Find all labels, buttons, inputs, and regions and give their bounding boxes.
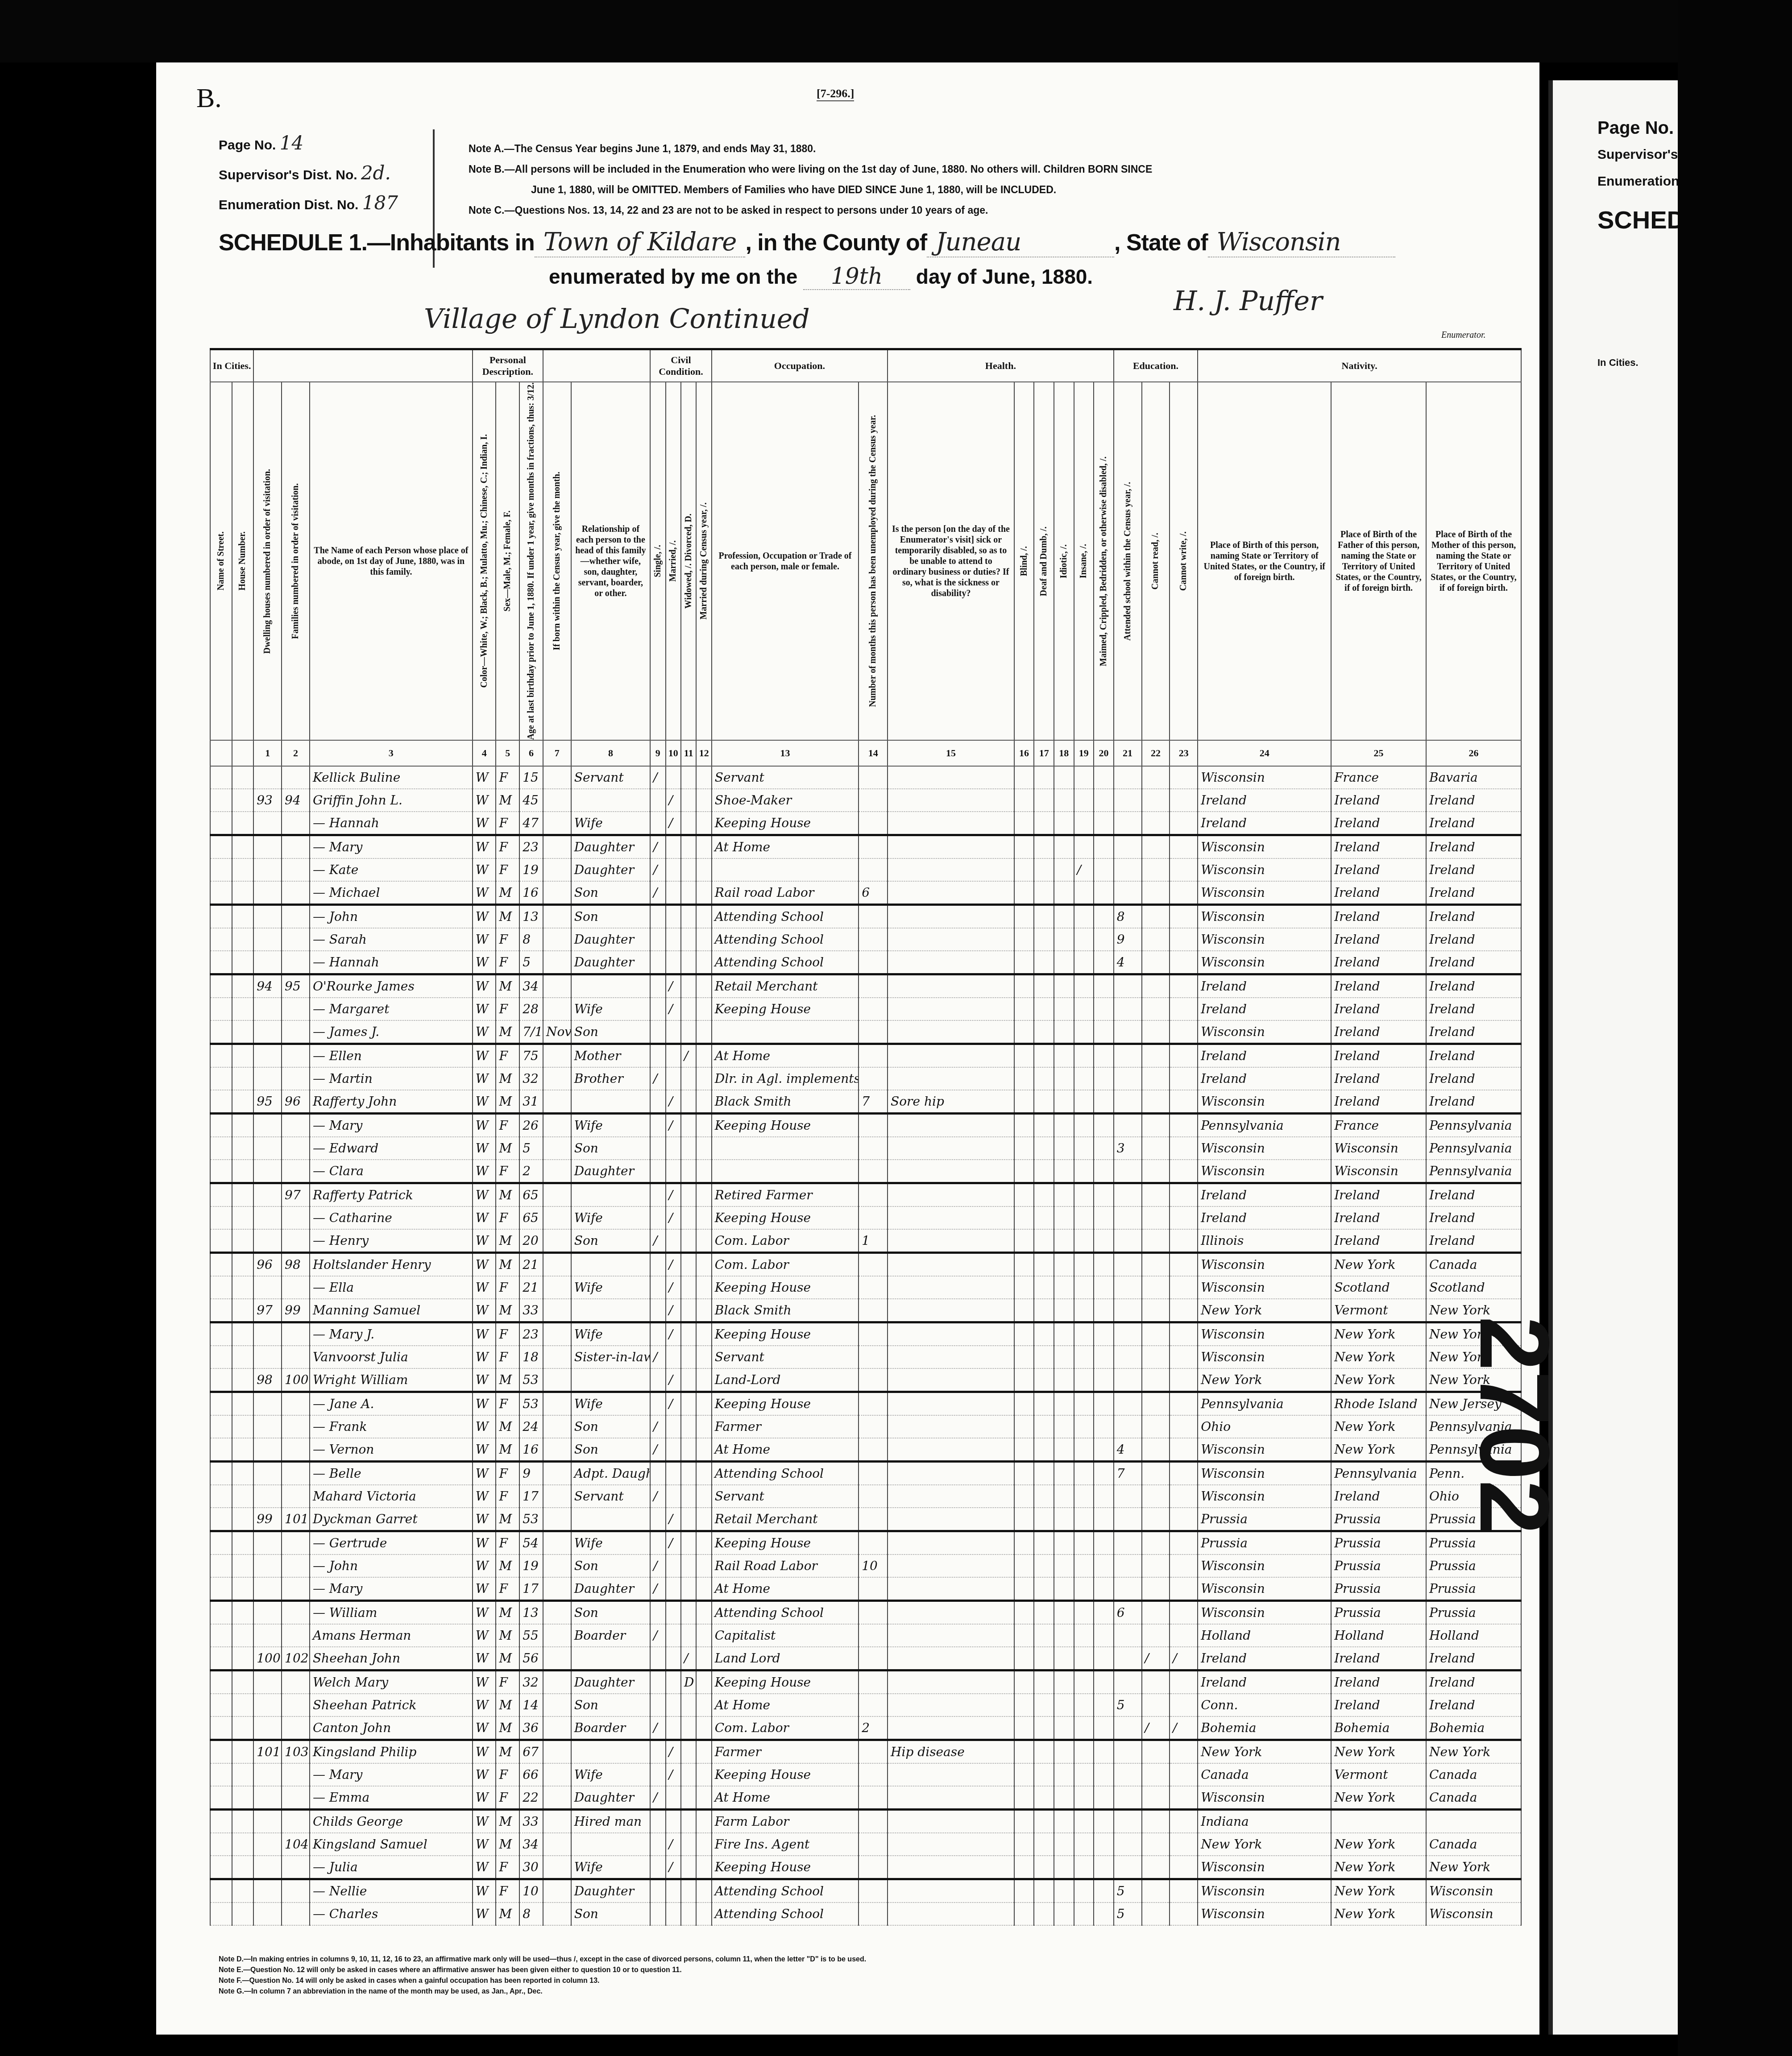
cell-age: 32	[519, 1670, 543, 1694]
column-number: 3	[310, 740, 473, 766]
table-row: — MaryWF23Daughter/At HomeWisconsinIrela…	[210, 835, 1521, 859]
cell-maimed	[1094, 1716, 1114, 1740]
cell-maimed	[1094, 1786, 1114, 1810]
cell-cant-read: /	[1142, 1647, 1170, 1670]
cell-mother: Ireland	[1426, 812, 1521, 835]
cell-widowed	[681, 1879, 696, 1903]
cell-deaf	[1034, 1786, 1054, 1810]
enum-day: 19th	[803, 263, 910, 290]
cell-age: 5	[519, 1137, 543, 1160]
cell-name: — Ella	[310, 1276, 473, 1299]
column-header-city-0: Name of Street.	[210, 382, 232, 740]
cell-married	[666, 1879, 681, 1903]
cell-birth: Wisconsin	[1198, 1554, 1331, 1577]
cell-age: 47	[519, 812, 543, 835]
cell-occupation: Land Lord	[712, 1647, 859, 1670]
cell-father: New York	[1331, 1740, 1426, 1764]
cell-blind	[1014, 1554, 1034, 1577]
cell-month	[543, 1763, 571, 1786]
cell-single: /	[650, 858, 665, 881]
cell-month	[543, 1044, 571, 1068]
cell-deaf	[1034, 1694, 1054, 1716]
column-header-label: Blind, /.	[1019, 546, 1029, 576]
table-row: 97Rafferty PatrickWM65/Retired FarmerIre…	[210, 1183, 1521, 1207]
cell-month	[543, 1368, 571, 1392]
cell-mother: Pennsylvania	[1426, 1114, 1521, 1137]
cell-idiotic	[1054, 1090, 1074, 1114]
cell-widowed	[681, 1903, 696, 1925]
cell-married-year	[696, 1879, 711, 1903]
cell-maimed	[1094, 1346, 1114, 1368]
cell-blind	[1014, 1601, 1034, 1625]
village-note: Village of Lyndon Continued	[424, 303, 810, 335]
cell-married	[666, 1438, 681, 1462]
cell-month	[543, 998, 571, 1020]
cell-month	[543, 1137, 571, 1160]
district-info: Page No. 14 Supervisor's Dist. No. 2d. E…	[219, 129, 398, 219]
cell-blind	[1014, 974, 1034, 998]
group-civil: Civil Condition.	[650, 349, 712, 382]
cell-unemployed	[859, 1114, 888, 1137]
cell-family	[282, 1114, 310, 1137]
cell-school	[1114, 1577, 1142, 1601]
column-header-label: Place of Birth of the Mother of this per…	[1427, 529, 1521, 593]
cell-cant-write	[1170, 1183, 1198, 1207]
cell-father: Pennsylvania	[1331, 1462, 1426, 1485]
cell-father: New York	[1331, 1438, 1426, 1462]
cell-married-year	[696, 1740, 711, 1764]
cell-sex: F	[496, 766, 519, 789]
cell-dwelling	[253, 1879, 282, 1903]
cell-birth: Illinois	[1198, 1229, 1331, 1253]
cell-maimed	[1094, 1647, 1114, 1670]
cell-empty	[210, 1229, 232, 1253]
cell-dwelling	[253, 1322, 282, 1346]
cell-color: W	[473, 1485, 496, 1508]
cell-cant-read	[1142, 881, 1170, 905]
cell-insane	[1074, 1160, 1094, 1183]
group-nativity: Nativity.	[1198, 349, 1521, 382]
cell-father: Rhode Island	[1331, 1392, 1426, 1416]
cell-idiotic	[1054, 1716, 1074, 1740]
cell-empty	[232, 1485, 254, 1508]
cell-cant-write	[1170, 789, 1198, 812]
cell-unemployed	[859, 1879, 888, 1903]
group-in-cities: In Cities.	[210, 349, 253, 382]
cell-relation: Wife	[571, 1114, 650, 1137]
cell-empty	[210, 766, 232, 789]
cell-occupation: Servant	[712, 1485, 859, 1508]
cell-birth: Wisconsin	[1198, 835, 1331, 859]
cell-occupation: Attending School	[712, 1462, 859, 1485]
cell-married	[666, 1577, 681, 1601]
cell-maimed	[1094, 1090, 1114, 1114]
cell-unemployed: 6	[859, 881, 888, 905]
cell-relation: Wife	[571, 1763, 650, 1786]
cell-deaf	[1034, 766, 1054, 789]
cell-married-year	[696, 1485, 711, 1508]
cell-married-year	[696, 1067, 711, 1090]
cell-unemployed	[859, 1462, 888, 1485]
column-header-26: Place of Birth of the Mother of this per…	[1426, 382, 1521, 740]
cell-widowed	[681, 1716, 696, 1740]
cell-unemployed	[859, 1253, 888, 1277]
cell-month	[543, 1253, 571, 1277]
cell-married-year	[696, 1276, 711, 1299]
cell-sickness	[888, 1647, 1014, 1670]
cell-sex: F	[496, 1276, 519, 1299]
cell-occupation: At Home	[712, 835, 859, 859]
cell-married-year	[696, 1508, 711, 1531]
cell-idiotic	[1054, 1067, 1074, 1090]
cell-name: — William	[310, 1601, 473, 1625]
column-header-13: Profession, Occupation or Trade of each …	[712, 382, 859, 740]
cell-name: — Nellie	[310, 1879, 473, 1903]
cell-age: 30	[519, 1856, 543, 1879]
cell-cant-read	[1142, 1438, 1170, 1462]
cell-occupation: Rail Road Labor	[712, 1554, 859, 1577]
cell-occupation: Farm Labor	[712, 1810, 859, 1833]
cell-dwelling	[253, 1763, 282, 1786]
cell-name: O'Rourke James	[310, 974, 473, 998]
cell-insane	[1074, 1137, 1094, 1160]
cell-insane	[1074, 789, 1094, 812]
cell-empty	[210, 1276, 232, 1299]
cell-single	[650, 998, 665, 1020]
cell-sickness	[888, 1229, 1014, 1253]
cell-birth: Wisconsin	[1198, 1577, 1331, 1601]
cell-married-year	[696, 928, 711, 951]
cell-empty	[210, 1253, 232, 1277]
cell-empty	[210, 789, 232, 812]
cell-single	[650, 1090, 665, 1114]
cell-maimed	[1094, 1601, 1114, 1625]
table-row: — MargaretWF28Wife/Keeping HouseIrelandI…	[210, 998, 1521, 1020]
cell-month	[543, 1786, 571, 1810]
cell-unemployed	[859, 1206, 888, 1229]
cell-birth: Wisconsin	[1198, 1462, 1331, 1485]
cell-empty	[210, 1856, 232, 1879]
cell-sickness	[888, 1044, 1014, 1068]
cell-married-year	[696, 1577, 711, 1601]
column-header-label: House Number.	[237, 531, 248, 591]
column-number: 18	[1054, 740, 1074, 766]
cell-sickness	[888, 905, 1014, 929]
cell-birth: Ireland	[1198, 1183, 1331, 1207]
cell-mother: Pennsylvania	[1426, 1160, 1521, 1183]
cell-dwelling	[253, 812, 282, 835]
cell-insane	[1074, 1114, 1094, 1137]
cell-married	[666, 1229, 681, 1253]
cell-color: W	[473, 1601, 496, 1625]
cell-mother: Ireland	[1426, 1694, 1521, 1716]
cell-name: Sheehan John	[310, 1647, 473, 1670]
cell-family	[282, 1044, 310, 1068]
cell-single: /	[650, 881, 665, 905]
cell-sickness	[888, 1462, 1014, 1485]
cell-occupation: Retail Merchant	[712, 1508, 859, 1531]
cell-sickness: Sore hip	[888, 1090, 1014, 1114]
cell-school	[1114, 1206, 1142, 1229]
cell-single	[650, 1322, 665, 1346]
cell-sickness	[888, 1020, 1014, 1044]
enumerator-label: Enumerator.	[1441, 330, 1485, 340]
cell-maimed	[1094, 835, 1114, 859]
cell-school	[1114, 1670, 1142, 1694]
cell-empty	[232, 998, 254, 1020]
cell-widowed	[681, 1740, 696, 1764]
cell-family	[282, 1346, 310, 1368]
table-row: — MaryWF66Wife/Keeping HouseCanadaVermon…	[210, 1763, 1521, 1786]
cell-age: 67	[519, 1740, 543, 1764]
cell-occupation: Farmer	[712, 1415, 859, 1438]
cell-empty	[232, 1114, 254, 1137]
cell-empty	[232, 1670, 254, 1694]
cell-unemployed: 10	[859, 1554, 888, 1577]
cell-empty	[210, 951, 232, 974]
cell-name: — Mary	[310, 835, 473, 859]
cell-single	[650, 1856, 665, 1879]
cell-dwelling	[253, 766, 282, 789]
cell-cant-write	[1170, 1415, 1198, 1438]
cell-widowed	[681, 1392, 696, 1416]
cell-married	[666, 1647, 681, 1670]
enumeration-value: 187	[362, 192, 398, 214]
cell-month	[543, 1879, 571, 1903]
cell-cant-write	[1170, 1114, 1198, 1137]
cell-insane	[1074, 1647, 1094, 1670]
cell-deaf	[1034, 1833, 1054, 1856]
cell-father: Ireland	[1331, 881, 1426, 905]
cell-cant-read	[1142, 1415, 1170, 1438]
cell-married-year	[696, 1253, 711, 1277]
cell-single: /	[650, 1624, 665, 1647]
cell-birth: Conn.	[1198, 1694, 1331, 1716]
cell-single: /	[650, 835, 665, 859]
cell-idiotic	[1054, 1577, 1074, 1601]
cell-school	[1114, 881, 1142, 905]
cell-empty	[210, 1786, 232, 1810]
cell-sex: M	[496, 974, 519, 998]
supervisor-value: 2d.	[361, 162, 391, 184]
cell-cant-read	[1142, 1601, 1170, 1625]
cell-blind	[1014, 1670, 1034, 1694]
cell-relation: Wife	[571, 1392, 650, 1416]
cell-deaf	[1034, 1462, 1054, 1485]
cell-single	[650, 1833, 665, 1856]
column-number: 4	[473, 740, 496, 766]
cell-family	[282, 1206, 310, 1229]
cell-color: W	[473, 1090, 496, 1114]
cell-sickness	[888, 928, 1014, 951]
note-b: Note B.—All persons will be included in …	[469, 159, 1152, 179]
cell-sex: M	[496, 1229, 519, 1253]
table-row: 104Kingsland SamuelWM34/Fire Ins. AgentN…	[210, 1833, 1521, 1856]
cell-sex: F	[496, 1856, 519, 1879]
cell-sickness	[888, 1137, 1014, 1160]
column-header-label: The Name of each Person whose place of a…	[310, 545, 472, 577]
cell-widowed	[681, 1833, 696, 1856]
enumeration-date: enumerated by me on the 19th day of June…	[549, 263, 1093, 290]
cell-blind	[1014, 1763, 1034, 1786]
cell-dwelling	[253, 1462, 282, 1485]
cell-father: Prussia	[1331, 1508, 1426, 1531]
cell-dwelling	[253, 1810, 282, 1833]
cell-mother: Wisconsin	[1426, 1879, 1521, 1903]
cell-sex: F	[496, 1879, 519, 1903]
cell-birth: Canada	[1198, 1763, 1331, 1786]
cell-father: France	[1331, 1114, 1426, 1137]
cell-sex: M	[496, 1415, 519, 1438]
cell-empty	[232, 1716, 254, 1740]
cell-cant-read	[1142, 1137, 1170, 1160]
cell-empty	[232, 1299, 254, 1322]
cell-family	[282, 1554, 310, 1577]
cell-insane	[1074, 1229, 1094, 1253]
cell-idiotic	[1054, 1206, 1074, 1229]
cell-insane	[1074, 1206, 1094, 1229]
cell-widowed	[681, 1183, 696, 1207]
cell-maimed	[1094, 1624, 1114, 1647]
cell-empty	[232, 1438, 254, 1462]
cell-idiotic	[1054, 1229, 1074, 1253]
cell-cant-read	[1142, 1067, 1170, 1090]
cell-age: 14	[519, 1694, 543, 1716]
cell-month	[543, 1647, 571, 1670]
cell-occupation: Shoe-Maker	[712, 789, 859, 812]
cell-deaf	[1034, 928, 1054, 951]
cell-school	[1114, 998, 1142, 1020]
cell-mother: Ireland	[1426, 974, 1521, 998]
column-number: 23	[1170, 740, 1198, 766]
county-value: Juneau	[927, 228, 1114, 257]
cell-cant-write	[1170, 858, 1198, 881]
cell-dwelling	[253, 998, 282, 1020]
cell-dwelling	[253, 1554, 282, 1577]
cell-blind	[1014, 1438, 1034, 1462]
cell-family	[282, 1276, 310, 1299]
cell-insane	[1074, 1485, 1094, 1508]
column-header-22: Cannot read, /.	[1142, 382, 1170, 740]
table-row: 101103Kingsland PhilipWM67/FarmerHip dis…	[210, 1740, 1521, 1764]
cell-relation: Wife	[571, 1531, 650, 1555]
cell-family: 95	[282, 974, 310, 998]
cell-father: Ireland	[1331, 789, 1426, 812]
table-row: — HannahWF5DaughterAttending School4Wisc…	[210, 951, 1521, 974]
column-number	[210, 740, 232, 766]
cell-color: W	[473, 1833, 496, 1856]
cell-sex: M	[496, 1438, 519, 1462]
supervisor-label: Supervisor's Dist. No.	[219, 168, 357, 182]
cell-deaf	[1034, 858, 1054, 881]
cell-dwelling: 97	[253, 1299, 282, 1322]
cell-month	[543, 905, 571, 929]
cell-school	[1114, 1253, 1142, 1277]
cell-insane	[1074, 974, 1094, 998]
cell-family	[282, 905, 310, 929]
cell-month	[543, 1415, 571, 1438]
cell-dwelling	[253, 1276, 282, 1299]
cell-age: 13	[519, 1601, 543, 1625]
cell-insane	[1074, 1183, 1094, 1207]
cell-deaf	[1034, 1763, 1054, 1786]
cell-color: W	[473, 1253, 496, 1277]
cell-age: 8	[519, 1903, 543, 1925]
cell-empty	[210, 1438, 232, 1462]
cell-color: W	[473, 1299, 496, 1322]
cell-sickness	[888, 1763, 1014, 1786]
cell-blind	[1014, 1114, 1034, 1137]
cell-month	[543, 1322, 571, 1346]
cell-cant-write	[1170, 1137, 1198, 1160]
column-number: 22	[1142, 740, 1170, 766]
cell-insane	[1074, 1067, 1094, 1090]
cell-occupation: Attending School	[712, 1601, 859, 1625]
cell-idiotic	[1054, 1670, 1074, 1694]
census-page: B. [7-296.] Page No. 14 Supervisor's Dis…	[156, 62, 1539, 2035]
cell-deaf	[1034, 1368, 1054, 1392]
cell-unemployed	[859, 1044, 888, 1068]
cell-age: 56	[519, 1647, 543, 1670]
county-label: , in the County of	[745, 230, 927, 256]
cell-insane	[1074, 1786, 1094, 1810]
cell-month	[543, 812, 571, 835]
cell-empty	[232, 1346, 254, 1368]
cell-idiotic	[1054, 1903, 1074, 1925]
cell-married-year	[696, 1392, 711, 1416]
cell-empty	[210, 1670, 232, 1694]
cell-occupation: At Home	[712, 1577, 859, 1601]
cell-name: — Michael	[310, 881, 473, 905]
cell-occupation: At Home	[712, 1694, 859, 1716]
table-row: — EllaWF21Wife/Keeping HouseWisconsinSco…	[210, 1276, 1521, 1299]
cell-single	[650, 1763, 665, 1786]
cell-deaf	[1034, 812, 1054, 835]
cell-sex: M	[496, 1554, 519, 1577]
cell-family	[282, 998, 310, 1020]
cell-occupation: Keeping House	[712, 998, 859, 1020]
cell-cant-read	[1142, 812, 1170, 835]
cell-month	[543, 1508, 571, 1531]
cell-married	[666, 1160, 681, 1183]
cell-insane	[1074, 1763, 1094, 1786]
cell-single: /	[650, 1716, 665, 1740]
cell-occupation: Keeping House	[712, 1531, 859, 1555]
cell-name: — Clara	[310, 1160, 473, 1183]
cell-cant-read	[1142, 1531, 1170, 1555]
cell-married	[666, 928, 681, 951]
cell-empty	[210, 1137, 232, 1160]
column-header-label: Attended school within the Census year, …	[1123, 482, 1133, 641]
cell-father: France	[1331, 766, 1426, 789]
cell-name: — Martin	[310, 1067, 473, 1090]
cell-family	[282, 1438, 310, 1462]
cell-widowed	[681, 1694, 696, 1716]
cell-empty	[232, 1090, 254, 1114]
cell-sickness	[888, 998, 1014, 1020]
table-row: — EllenWF75Mother/At HomeIrelandIrelandI…	[210, 1044, 1521, 1068]
cell-unemployed	[859, 1392, 888, 1416]
cell-family: 102	[282, 1647, 310, 1670]
cell-month	[543, 1346, 571, 1368]
cell-empty	[210, 1415, 232, 1438]
cell-deaf	[1034, 905, 1054, 929]
cell-birth: Wisconsin	[1198, 951, 1331, 974]
cell-unemployed	[859, 1694, 888, 1716]
cell-idiotic	[1054, 998, 1074, 1020]
cell-birth: Wisconsin	[1198, 905, 1331, 929]
table-row: Mahard VictoriaWF17Servant/ServantWiscon…	[210, 1485, 1521, 1508]
